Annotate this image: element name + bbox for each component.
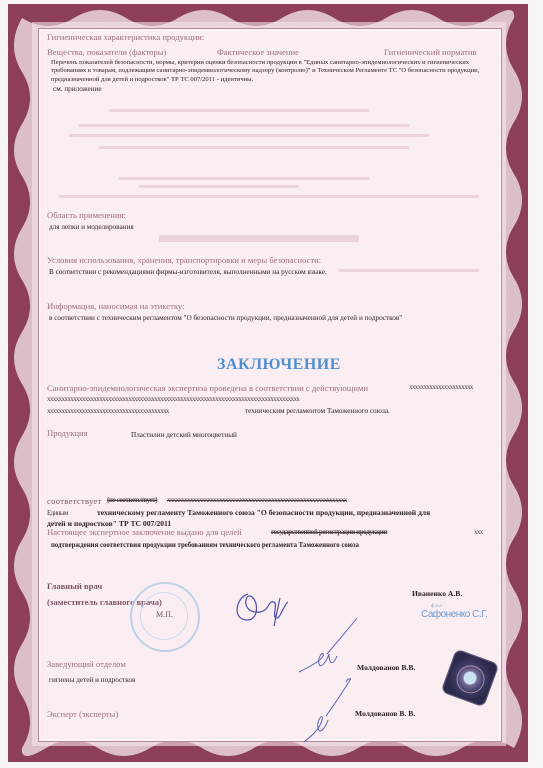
application-area-label: Область применения:: [47, 210, 126, 220]
expert-name: Молдованов В. В.: [355, 709, 415, 718]
deputy-name-stamp: Сафоненко С.Г.: [421, 609, 487, 620]
stamp-label: М.П.: [156, 610, 173, 619]
product-label: Продукция: [47, 428, 88, 438]
product-value: Пластилин детский многоцветный: [131, 431, 237, 439]
column-header-substances: Вещества, показатели (факторы): [47, 47, 166, 57]
dept-head-name: Молдованов В.В.: [357, 663, 415, 672]
redacted-text: xxxxxxxxxxxxxxxxxxxxxxxxxxxxxxxxxxxxxxxx…: [47, 407, 169, 415]
purpose-text: подтверждения соответствия продукции тре…: [51, 542, 359, 549]
conclusion-line-3: техническим регламентом Таможенного союз…: [245, 407, 390, 415]
redacted-text: xxxxxxxxxxxxxxxxxxxxxxxxxxxxxxxxxxxxxxxx…: [47, 395, 501, 403]
conclusion-line-1: Санитарно-эпидемиологическая экспертиза …: [47, 383, 368, 393]
not-complies-struck: (не соответствует): [107, 496, 157, 504]
conditions-value: В соответствии с рекомендациями фирмы-из…: [49, 268, 327, 276]
dept-head-signature: [293, 616, 363, 676]
redacted-text: Единым: [47, 509, 68, 517]
expert-label: Эксперт (эксперты): [47, 709, 118, 719]
hygienic-text: Перечень показателей безопасности, нормы…: [51, 59, 496, 84]
application-area-value: для лепки и моделирования: [49, 223, 134, 231]
hygienic-heading: Гигиеническая характеристика продукции:: [47, 32, 204, 42]
chief-label-1: Главный врач: [47, 581, 102, 591]
dept-label-1: Заведующий отделом: [47, 659, 126, 669]
label-info-value: в соответствии с техническим регламентом…: [49, 314, 402, 322]
chief-name: Иваненко А.В.: [412, 589, 462, 598]
certificate-sheet: Гигиеническая характеристика продукции: …: [8, 4, 528, 762]
conclusion-title: ЗАКЛЮЧЕНИЕ: [217, 356, 341, 374]
complies-label: соответствует: [47, 496, 102, 506]
column-header-actual: Фактическое значение: [217, 47, 299, 57]
expert-signature: [298, 676, 358, 746]
compliance-line-2: техническому регламенту Таможенного союз…: [97, 508, 430, 517]
see-appendix: см. приложение: [53, 85, 102, 93]
content-panel: Гигиеническая характеристика продукции: …: [38, 28, 502, 742]
redacted-text: xxxxxxxxxxxxxxxxxxxxxx: [409, 383, 473, 391]
round-seal-stamp: М.П.: [130, 582, 200, 652]
state-registration-struck: государственной регистрации продукции: [271, 528, 387, 536]
issued-for-label: Настоящее экспертное заключение выдано д…: [47, 527, 242, 537]
redacted-text: xxxxxxxxxxxxxxxxxxxxxxxxxxxxxxxxxxxxxxxx…: [167, 496, 501, 504]
column-header-norm: Гигиенический норматив: [384, 47, 477, 57]
dept-label-2: гигиены детей и подростков: [49, 676, 135, 684]
conditions-label: Условия использования, хранения, транспо…: [47, 255, 321, 265]
label-info-label: Информация, наносимая на этикетку:: [47, 301, 184, 311]
redacted-text: xxx: [474, 528, 483, 536]
chief-signature: [230, 586, 300, 631]
